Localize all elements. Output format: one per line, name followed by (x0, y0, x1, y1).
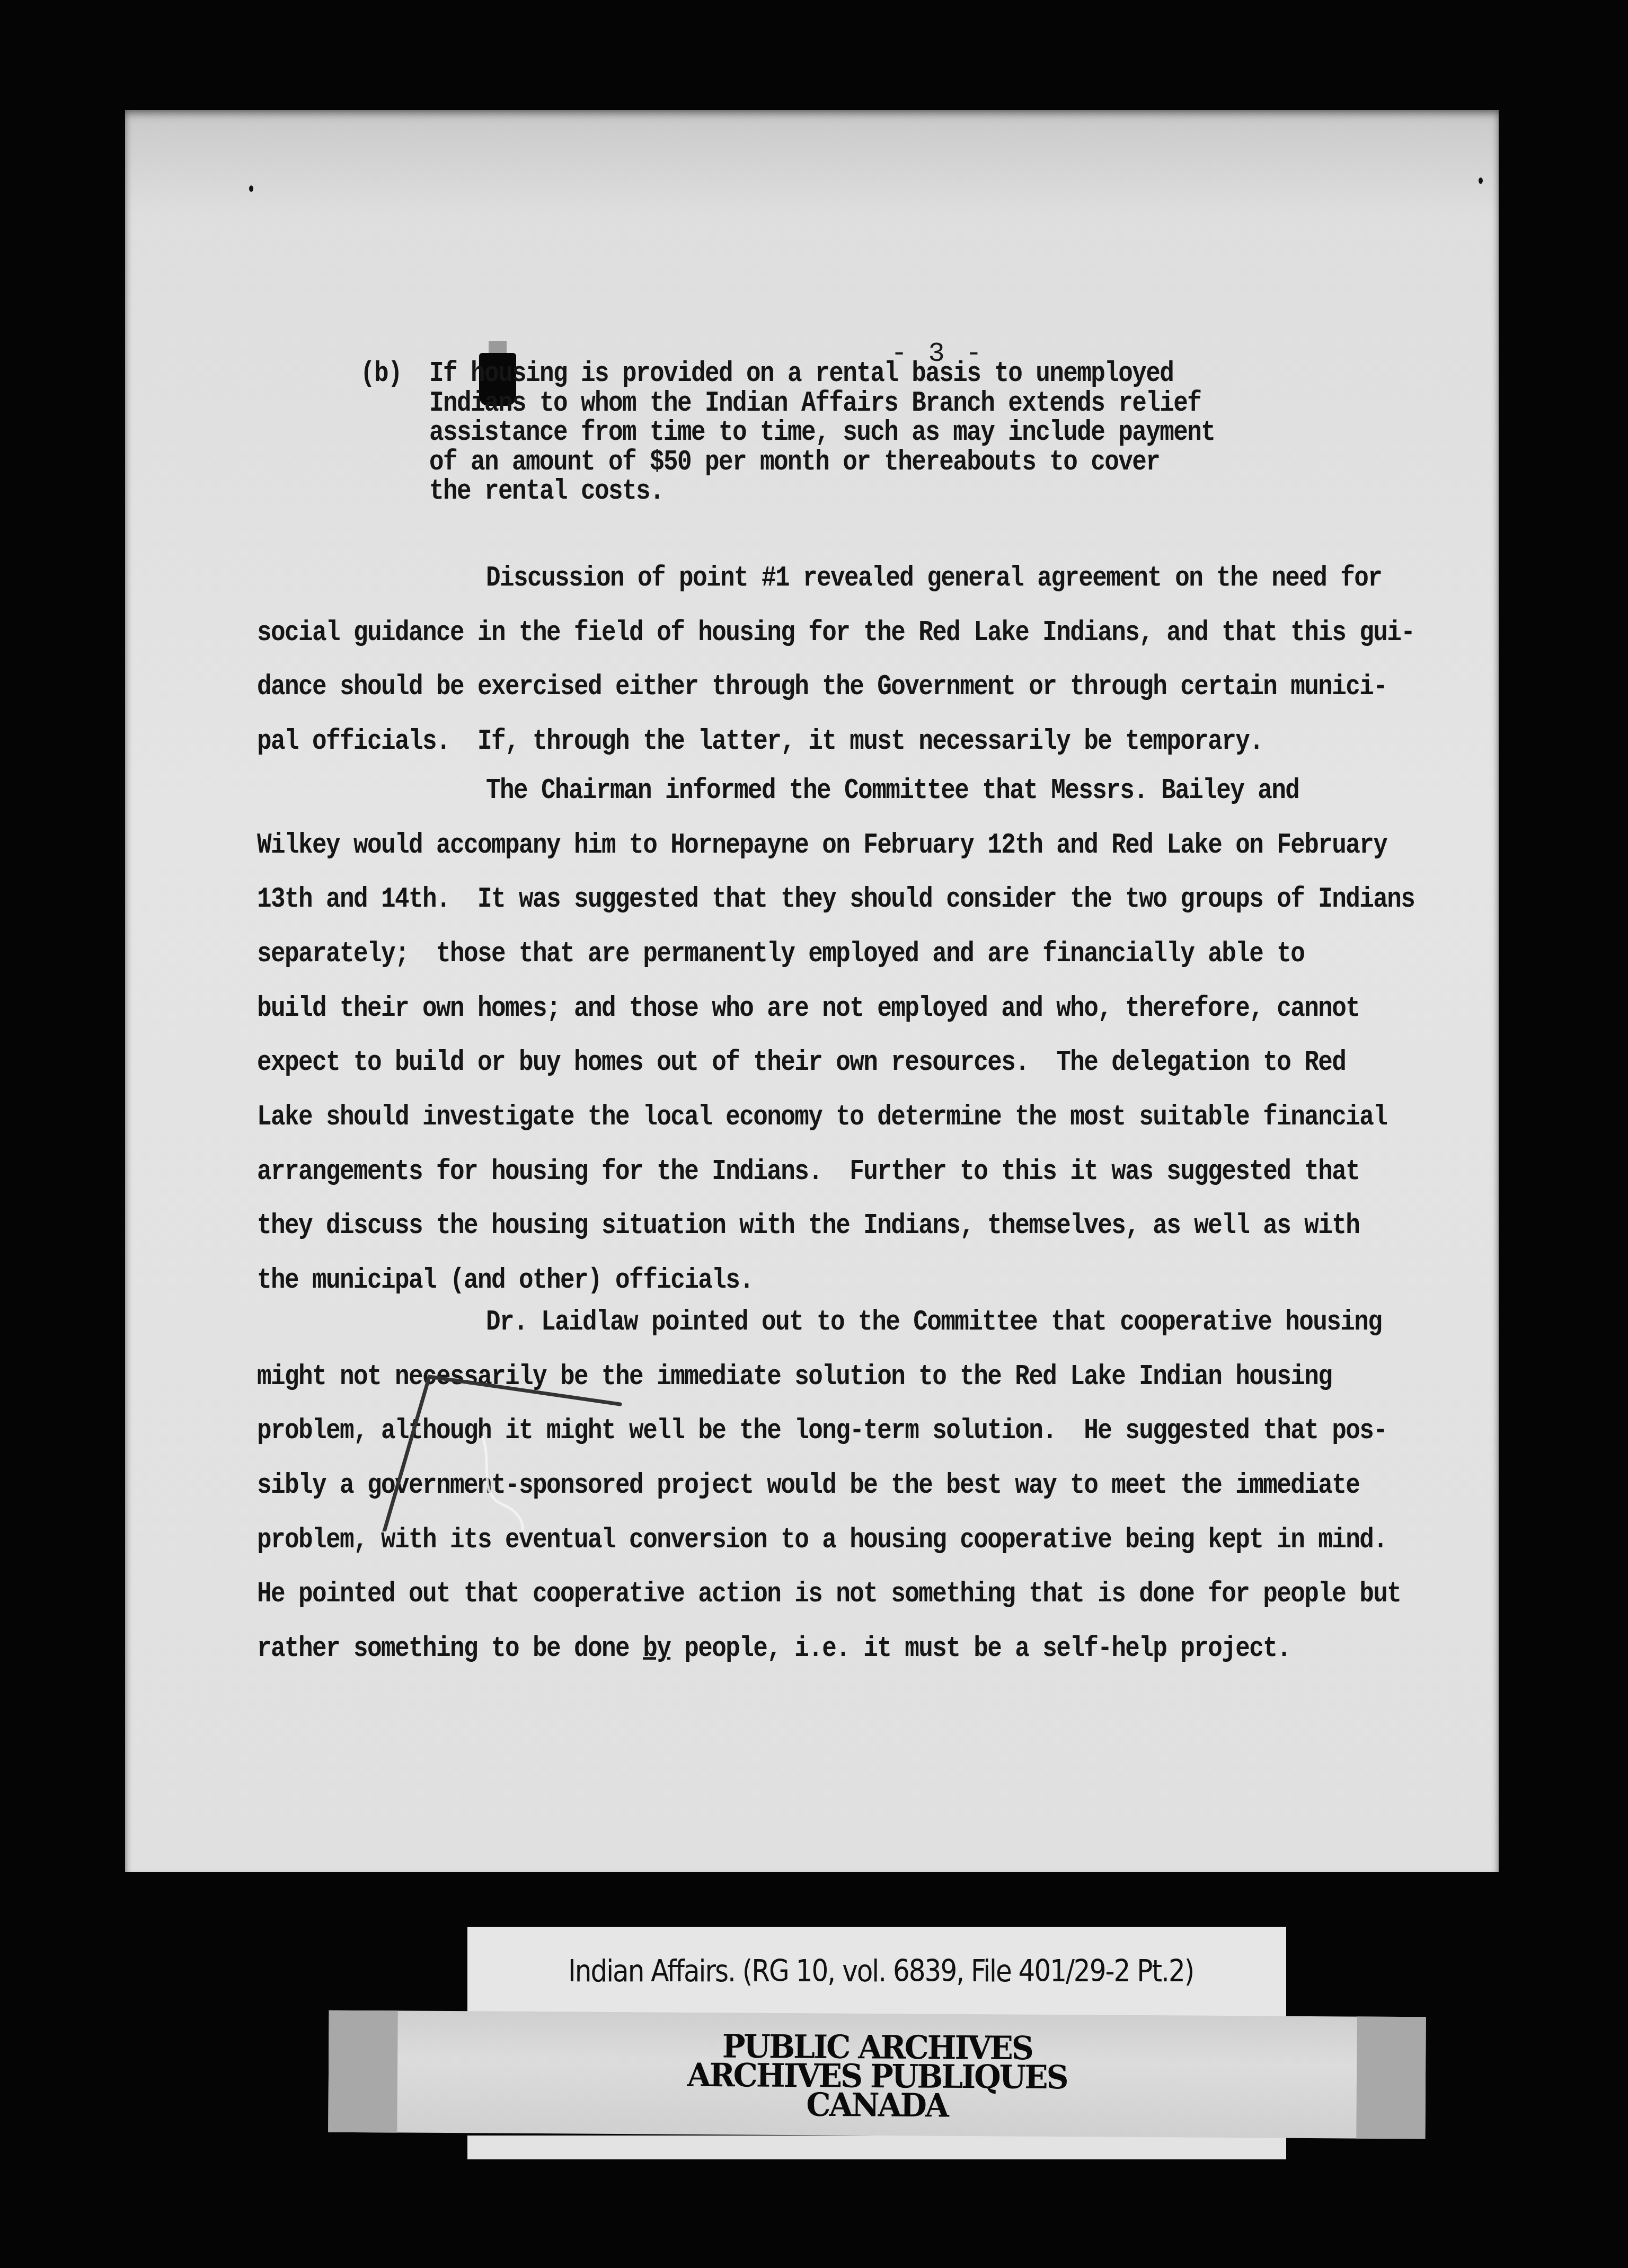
paragraph-line: separately; those that are permanently e… (257, 937, 1304, 970)
paragraph-line: Wilkey would accompany him to Hornepayne… (257, 829, 1387, 861)
underlined-word: by (643, 1632, 670, 1664)
paragraph-line: dance should be exercised either through… (257, 670, 1387, 703)
paragraph-line: they discuss the housing situation with … (257, 1209, 1359, 1242)
paragraph-line: build their own homes; and those who are… (257, 992, 1359, 1024)
paragraph-line: Discussion of point #1 revealed general … (486, 562, 1382, 594)
paragraph-laidlaw: Dr. Laidlaw pointed out to the Committee… (257, 1295, 1401, 1676)
paragraph-line: Dr. Laidlaw pointed out to the Committee… (486, 1306, 1382, 1338)
paragraph-line: might not necessarily be the immediate s… (257, 1360, 1332, 1393)
paragraph-discussion: Discussion of point #1 revealed general … (257, 551, 1414, 769)
item-b-line: of an amount of $50 per month or thereab… (429, 446, 1160, 478)
paragraph-line: sibly a government-sponsored project wou… (257, 1469, 1359, 1501)
list-marker: (b) (360, 359, 429, 388)
paragraph-line: expect to build or buy homes out of thei… (257, 1046, 1346, 1078)
paragraph-line: He pointed out that cooperative action i… (257, 1578, 1401, 1610)
stamp-line: CANADA (329, 2087, 1426, 2123)
paragraph-line: 13th and 14th. It was suggested that the… (257, 883, 1414, 915)
paragraph-line: Lake should investigate the local econom… (257, 1101, 1387, 1133)
paragraph-line: the municipal (and other) officials. (257, 1264, 753, 1296)
dust-speck (1479, 178, 1483, 184)
paragraph-chairman: The Chairman informed the Committee that… (257, 764, 1414, 1308)
paragraph-line: people, i.e. it must be a self-help proj… (670, 1632, 1290, 1664)
paragraph-line: pal officials. If, through the latter, i… (257, 725, 1263, 757)
list-item-b: (b)If housing is provided on a rental ba… (360, 359, 1215, 506)
paragraph-line: social guidance in the field of housing … (257, 616, 1414, 649)
item-b-line: assistance from time to time, such as ma… (429, 416, 1215, 448)
paragraph-line: The Chairman informed the Committee that… (486, 774, 1299, 807)
item-b-line: Indians to whom the Indian Affairs Branc… (429, 387, 1201, 419)
paragraph-line: problem, with its eventual conversion to… (257, 1523, 1387, 1556)
item-b-line: If housing is provided on a rental basis… (429, 357, 1173, 389)
item-b-line: the rental costs. (429, 475, 663, 507)
archive-card-bottom (467, 2136, 1286, 2159)
archive-stamp: PUBLIC ARCHIVES ARCHIVES PUBLIQUES CANAD… (329, 2030, 1426, 2123)
paragraph-line: arrangements for housing for the Indians… (257, 1155, 1359, 1188)
archive-reference: Indian Affairs. (RG 10, vol. 6839, File … (568, 1953, 1193, 1989)
paragraph-line: rather something to be done (257, 1632, 643, 1664)
archive-stamp-strip: PUBLIC ARCHIVES ARCHIVES PUBLIQUES CANAD… (328, 2010, 1426, 2139)
paragraph-line: problem, although it might well be the l… (257, 1414, 1387, 1447)
dust-speck (249, 185, 253, 192)
